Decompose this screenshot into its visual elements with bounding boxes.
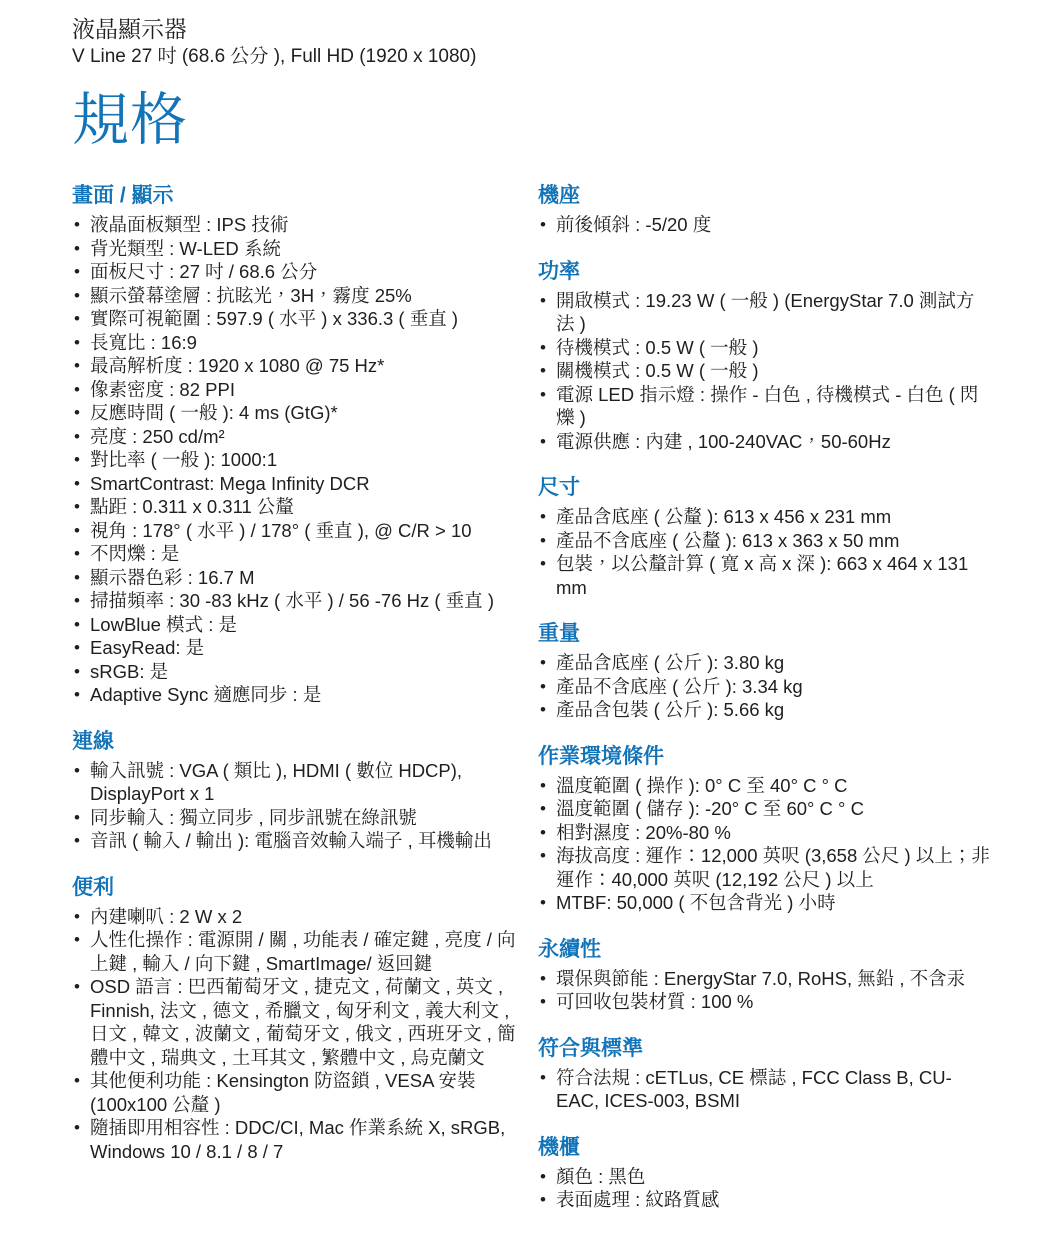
- spec-item: 輸入訊號 : VGA ( 類比 ), HDMI ( 數位 HDCP), Disp…: [72, 759, 524, 806]
- spec-list: 溫度範圍 ( 操作 ): 0° C 至 40° C ° C溫度範圍 ( 儲存 )…: [538, 774, 990, 915]
- spec-item: 產品不含底座 ( 公斤 ): 3.34 kg: [538, 675, 990, 699]
- spec-list: 輸入訊號 : VGA ( 類比 ), HDMI ( 數位 HDCP), Disp…: [72, 759, 524, 853]
- spec-section: 便利內建喇叭 : 2 W x 2人性化操作 : 電源開 / 關 , 功能表 / …: [72, 875, 524, 1164]
- spec-section: 重量產品含底座 ( 公斤 ): 3.80 kg產品不含底座 ( 公斤 ): 3.…: [538, 621, 990, 722]
- spec-item: LowBlue 模式 : 是: [72, 613, 524, 637]
- spec-list: 內建喇叭 : 2 W x 2人性化操作 : 電源開 / 關 , 功能表 / 確定…: [72, 905, 524, 1164]
- spec-list: 前後傾斜 : -5/20 度: [538, 213, 990, 237]
- section-heading: 便利: [72, 875, 524, 901]
- spec-item: 海拔高度 : 運作：12,000 英呎 (3,658 公尺 ) 以上；非運作：4…: [538, 844, 990, 891]
- spec-section: 作業環境條件溫度範圍 ( 操作 ): 0° C 至 40° C ° C溫度範圍 …: [538, 744, 990, 915]
- spec-item: 不閃爍 : 是: [72, 542, 524, 566]
- spec-item: 反應時間 ( 一般 ): 4 ms (GtG)*: [72, 401, 524, 425]
- spec-section: 符合與標準符合法規 : cETLus, CE 標誌 , FCC Class B,…: [538, 1036, 990, 1113]
- spec-section: 畫面 / 顯示液晶面板類型 : IPS 技術背光類型 : W-LED 系統面板尺…: [72, 183, 524, 707]
- spec-item: 實際可視範圍 : 597.9 ( 水平 ) x 336.3 ( 垂直 ): [72, 307, 524, 331]
- spec-item: 開啟模式 : 19.23 W ( 一般 ) (EnergyStar 7.0 測試…: [538, 289, 990, 336]
- spec-item: 面板尺寸 : 27 吋 / 68.6 公分: [72, 260, 524, 284]
- spec-item: 隨插即用相容性 : DDC/CI, Mac 作業系統 X, sRGB, Wind…: [72, 1116, 524, 1163]
- spec-item: Adaptive Sync 適應同步 : 是: [72, 683, 524, 707]
- product-subtitle: V Line 27 吋 (68.6 公分 ), Full HD (1920 x …: [72, 44, 990, 69]
- spec-section: 連線輸入訊號 : VGA ( 類比 ), HDMI ( 數位 HDCP), Di…: [72, 729, 524, 853]
- spec-section: 尺寸產品含底座 ( 公釐 ): 613 x 456 x 231 mm產品不含底座…: [538, 475, 990, 599]
- spec-section: 功率開啟模式 : 19.23 W ( 一般 ) (EnergyStar 7.0 …: [538, 259, 990, 454]
- section-heading: 連線: [72, 729, 524, 755]
- spec-item: 表面處理 : 紋路質感: [538, 1188, 990, 1212]
- spec-item: OSD 語言 : 巴西葡萄牙文 , 捷克文 , 荷蘭文 , 英文 , Finni…: [72, 975, 524, 1069]
- spec-item: 關機模式 : 0.5 W ( 一般 ): [538, 359, 990, 383]
- spec-list: 符合法規 : cETLus, CE 標誌 , FCC Class B, CU-E…: [538, 1066, 990, 1113]
- spec-item: MTBF: 50,000 ( 不包含背光 ) 小時: [538, 891, 990, 915]
- spec-columns: 畫面 / 顯示液晶面板類型 : IPS 技術背光類型 : W-LED 系統面板尺…: [72, 183, 990, 1234]
- spec-item: 亮度 : 250 cd/m²: [72, 425, 524, 449]
- spec-item: 其他便利功能 : Kensington 防盜鎖 , VESA 安裝 (100x1…: [72, 1069, 524, 1116]
- spec-section: 機座前後傾斜 : -5/20 度: [538, 183, 990, 237]
- section-heading: 重量: [538, 621, 990, 647]
- spec-column-left: 畫面 / 顯示液晶面板類型 : IPS 技術背光類型 : W-LED 系統面板尺…: [72, 183, 524, 1234]
- spec-list: 產品含底座 ( 公斤 ): 3.80 kg產品不含底座 ( 公斤 ): 3.34…: [538, 651, 990, 722]
- spec-item: 溫度範圍 ( 儲存 ): -20° C 至 60° C ° C: [538, 797, 990, 821]
- spec-item: SmartContrast: Mega Infinity DCR: [72, 472, 524, 496]
- spec-item: 電源供應 : 內建 , 100-240VAC，50-60Hz: [538, 430, 990, 454]
- spec-item: 顏色 : 黑色: [538, 1165, 990, 1189]
- spec-list: 開啟模式 : 19.23 W ( 一般 ) (EnergyStar 7.0 測試…: [538, 289, 990, 454]
- spec-list: 液晶面板類型 : IPS 技術背光類型 : W-LED 系統面板尺寸 : 27 …: [72, 213, 524, 707]
- spec-item: 掃描頻率 : 30 -83 kHz ( 水平 ) / 56 -76 Hz ( 垂…: [72, 589, 524, 613]
- spec-item: 背光類型 : W-LED 系統: [72, 237, 524, 261]
- spec-item: 像素密度 : 82 PPI: [72, 378, 524, 402]
- spec-item: 內建喇叭 : 2 W x 2: [72, 905, 524, 929]
- spec-item: 產品含底座 ( 公釐 ): 613 x 456 x 231 mm: [538, 505, 990, 529]
- product-type-heading: 液晶顯示器: [72, 14, 990, 44]
- spec-item: EasyRead: 是: [72, 636, 524, 660]
- spec-item: 同步輸入 : 獨立同步 , 同步訊號在綠訊號: [72, 806, 524, 830]
- section-heading: 永續性: [538, 937, 990, 963]
- spec-item: 相對濕度 : 20%-80 %: [538, 821, 990, 845]
- spec-item: 包裝，以公釐計算 ( 寬 x 高 x 深 ): 663 x 464 x 131 …: [538, 552, 990, 599]
- spec-item: 長寬比 : 16:9: [72, 331, 524, 355]
- spec-item: 產品不含底座 ( 公釐 ): 613 x 363 x 50 mm: [538, 529, 990, 553]
- spec-item: 音訊 ( 輸入 / 輸出 ): 電腦音效輸入端子 , 耳機輸出: [72, 829, 524, 853]
- spec-item: sRGB: 是: [72, 660, 524, 684]
- spec-item: 電源 LED 指示燈 : 操作 - 白色 , 待機模式 - 白色 ( 閃爍 ): [538, 383, 990, 430]
- spec-item: 符合法規 : cETLus, CE 標誌 , FCC Class B, CU-E…: [538, 1066, 990, 1113]
- section-heading: 作業環境條件: [538, 744, 990, 770]
- spec-item: 產品含底座 ( 公斤 ): 3.80 kg: [538, 651, 990, 675]
- spec-item: 人性化操作 : 電源開 / 關 , 功能表 / 確定鍵 , 亮度 / 向上鍵 ,…: [72, 928, 524, 975]
- spec-sheet-page: 液晶顯示器 V Line 27 吋 (68.6 公分 ), Full HD (1…: [0, 0, 1040, 1254]
- spec-item: 溫度範圍 ( 操作 ): 0° C 至 40° C ° C: [538, 774, 990, 798]
- section-heading: 機座: [538, 183, 990, 209]
- spec-item: 顯示螢幕塗層 : 抗眩光，3H，霧度 25%: [72, 284, 524, 308]
- spec-item: 最高解析度 : 1920 x 1080 @ 75 Hz*: [72, 354, 524, 378]
- section-heading: 功率: [538, 259, 990, 285]
- spec-section: 永續性環保與節能 : EnergyStar 7.0, RoHS, 無鉛 , 不含…: [538, 937, 990, 1014]
- spec-item: 液晶面板類型 : IPS 技術: [72, 213, 524, 237]
- spec-item: 待機模式 : 0.5 W ( 一般 ): [538, 336, 990, 360]
- spec-item: 環保與節能 : EnergyStar 7.0, RoHS, 無鉛 , 不含汞: [538, 967, 990, 991]
- spec-item: 對比率 ( 一般 ): 1000:1: [72, 448, 524, 472]
- spec-column-right: 機座前後傾斜 : -5/20 度功率開啟模式 : 19.23 W ( 一般 ) …: [538, 183, 990, 1234]
- spec-item: 視角 : 178° ( 水平 ) / 178° ( 垂直 ), @ C/R > …: [72, 519, 524, 543]
- spec-item: 顯示器色彩 : 16.7 M: [72, 566, 524, 590]
- spec-list: 環保與節能 : EnergyStar 7.0, RoHS, 無鉛 , 不含汞可回…: [538, 967, 990, 1014]
- spec-list: 產品含底座 ( 公釐 ): 613 x 456 x 231 mm產品不含底座 (…: [538, 505, 990, 599]
- spec-item: 可回收包裝材質 : 100 %: [538, 990, 990, 1014]
- spec-list: 顏色 : 黑色表面處理 : 紋路質感: [538, 1165, 990, 1212]
- section-heading: 尺寸: [538, 475, 990, 501]
- section-heading: 符合與標準: [538, 1036, 990, 1062]
- spec-item: 點距 : 0.311 x 0.311 公釐: [72, 495, 524, 519]
- page-title: 規格: [72, 89, 990, 151]
- section-heading: 畫面 / 顯示: [72, 183, 524, 209]
- section-heading: 機櫃: [538, 1135, 990, 1161]
- spec-item: 產品含包裝 ( 公斤 ): 5.66 kg: [538, 698, 990, 722]
- spec-item: 前後傾斜 : -5/20 度: [538, 213, 990, 237]
